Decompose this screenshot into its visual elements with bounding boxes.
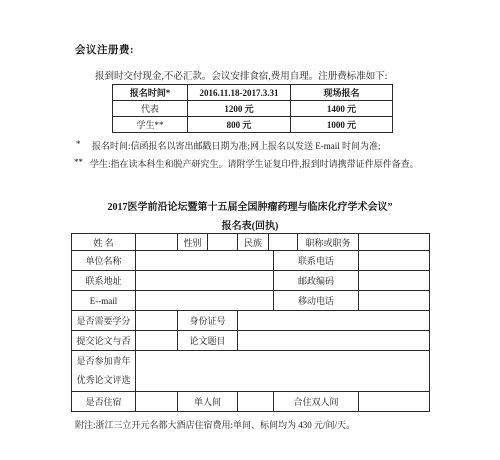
gender-label: 性别	[178, 234, 208, 251]
postcode-label: 邮政编码	[274, 271, 359, 291]
credit-input-cell[interactable]	[136, 311, 178, 331]
single-room-input-cell[interactable]	[238, 392, 274, 412]
youth-award-label: 是否参加青年 优秀论文评选	[72, 351, 136, 392]
fee-table-row-student: 学生** 800 元 1000 元	[113, 117, 393, 133]
fee-header-early-dates: 2016.11.18-2017.3.31	[188, 85, 291, 101]
mobile-input-cell[interactable]	[359, 291, 430, 311]
intro-paragraph: 报到时交付现金,不必汇款。会议安排食宿,费用自理。注册费标准如下:	[95, 68, 387, 82]
lodging-input-cell[interactable]	[136, 392, 178, 412]
paper-submit-input-cell[interactable]	[136, 331, 178, 351]
ethnicity-input-cell[interactable]	[269, 234, 298, 251]
form-row-email: E--mail 移动电话	[72, 291, 430, 311]
form-row-youth-award: 是否参加青年 优秀论文评选	[72, 351, 430, 392]
postcode-input-cell[interactable]	[359, 271, 430, 291]
email-label: E--mail	[72, 291, 136, 311]
phone-label: 联系电话	[274, 251, 359, 271]
hotel-note: 附注:浙江三立开元名都大酒店住宿费用:单间、标间均为 430 元/间/天。	[75, 418, 355, 431]
footnote-marker: **	[74, 157, 90, 170]
fee-student-onsite: 1000 元	[291, 117, 393, 133]
section-heading: 会议注册费:	[75, 42, 134, 57]
fee-student-early: 800 元	[188, 117, 291, 133]
shared-double-room-label: 合住双人间	[274, 392, 359, 412]
youth-award-label-line2: 优秀论文评选	[73, 371, 134, 390]
address-label: 联系地址	[72, 271, 136, 291]
registration-form-table: 姓 名 性别 民族 职称或职务 单位名称 联系电话 联系地址 邮政编码 E--m…	[71, 233, 430, 412]
youth-award-label-line1: 是否参加青年	[73, 352, 134, 371]
paper-title-input-cell[interactable]	[238, 331, 430, 351]
gender-input-cell[interactable]	[208, 234, 238, 251]
lodging-label: 是否住宿	[72, 392, 136, 412]
conference-title: 2017医学前沿论坛暨第十五届全国肿瘤药理与临床化疗学术会议”	[0, 198, 500, 213]
fee-header-period: 报名时间*	[113, 85, 188, 101]
form-row-address: 联系地址 邮政编码	[72, 271, 430, 291]
footnote-registration-period: * 报名时间:信函报名以寄出邮戳日期为准;网上报名以发送 E-mail 时间为准…	[76, 139, 381, 152]
mobile-label: 移动电话	[274, 291, 359, 311]
position-input-cell[interactable]	[359, 234, 430, 251]
fee-table-row-delegate: 代表 1200 元 1400 元	[113, 101, 393, 117]
credit-label: 是否需要学分	[72, 311, 136, 331]
ethnicity-label: 民族	[238, 234, 269, 251]
fee-row-label-delegate: 代表	[113, 101, 188, 117]
position-label: 职称或职务	[298, 234, 359, 251]
fee-delegate-early: 1200 元	[188, 101, 291, 117]
shared-double-room-input-cell[interactable]	[359, 392, 430, 412]
paper-title-label: 论文题目	[178, 331, 238, 351]
form-row-name: 姓 名 性别 民族 职称或职务	[72, 234, 430, 251]
fee-row-label-student: 学生**	[113, 117, 188, 133]
document-page: 会议注册费: 报到时交付现金,不必汇款。会议安排食宿,费用自理。注册费标准如下:…	[0, 0, 500, 460]
footnote-marker: *	[76, 139, 92, 152]
id-number-label: 身份证号	[178, 311, 238, 331]
email-input-cell[interactable]	[136, 291, 274, 311]
phone-input-cell[interactable]	[359, 251, 430, 271]
organization-label: 单位名称	[72, 251, 136, 271]
paper-submit-label: 提交论文与否	[72, 331, 136, 351]
organization-input-cell[interactable]	[136, 251, 274, 271]
name-label: 姓 名	[72, 234, 136, 251]
form-row-lodging: 是否住宿 单人间 合住双人间	[72, 392, 430, 412]
form-row-credit: 是否需要学分 身份证号	[72, 311, 430, 331]
form-row-paper: 提交论文与否 论文题目	[72, 331, 430, 351]
footnote-text: 报名时间:信函报名以寄出邮戳日期为准;网上报名以发送 E-mail 时间为准;	[92, 139, 381, 152]
fee-delegate-onsite: 1400 元	[291, 101, 393, 117]
address-input-cell[interactable]	[136, 271, 274, 291]
id-number-input-cell[interactable]	[238, 311, 430, 331]
form-row-organization: 单位名称 联系电话	[72, 251, 430, 271]
youth-award-input-cell[interactable]	[136, 351, 430, 392]
single-room-label: 单人间	[178, 392, 238, 412]
name-input-cell[interactable]	[136, 234, 178, 251]
footnote-text: 学生:指在读本科生和脱产研究生。请附学生证复印件,报到时请携带证件原件备查。	[90, 157, 419, 170]
registration-fee-table: 报名时间* 2016.11.18-2017.3.31 现场报名 代表 1200 …	[112, 84, 393, 133]
form-subtitle: 报名表(回执)	[0, 217, 500, 232]
footnote-student: ** 学生:指在读本科生和脱产研究生。请附学生证复印件,报到时请携带证件原件备查…	[74, 157, 419, 170]
fee-table-header-row: 报名时间* 2016.11.18-2017.3.31 现场报名	[113, 85, 393, 101]
fee-header-onsite: 现场报名	[291, 85, 393, 101]
